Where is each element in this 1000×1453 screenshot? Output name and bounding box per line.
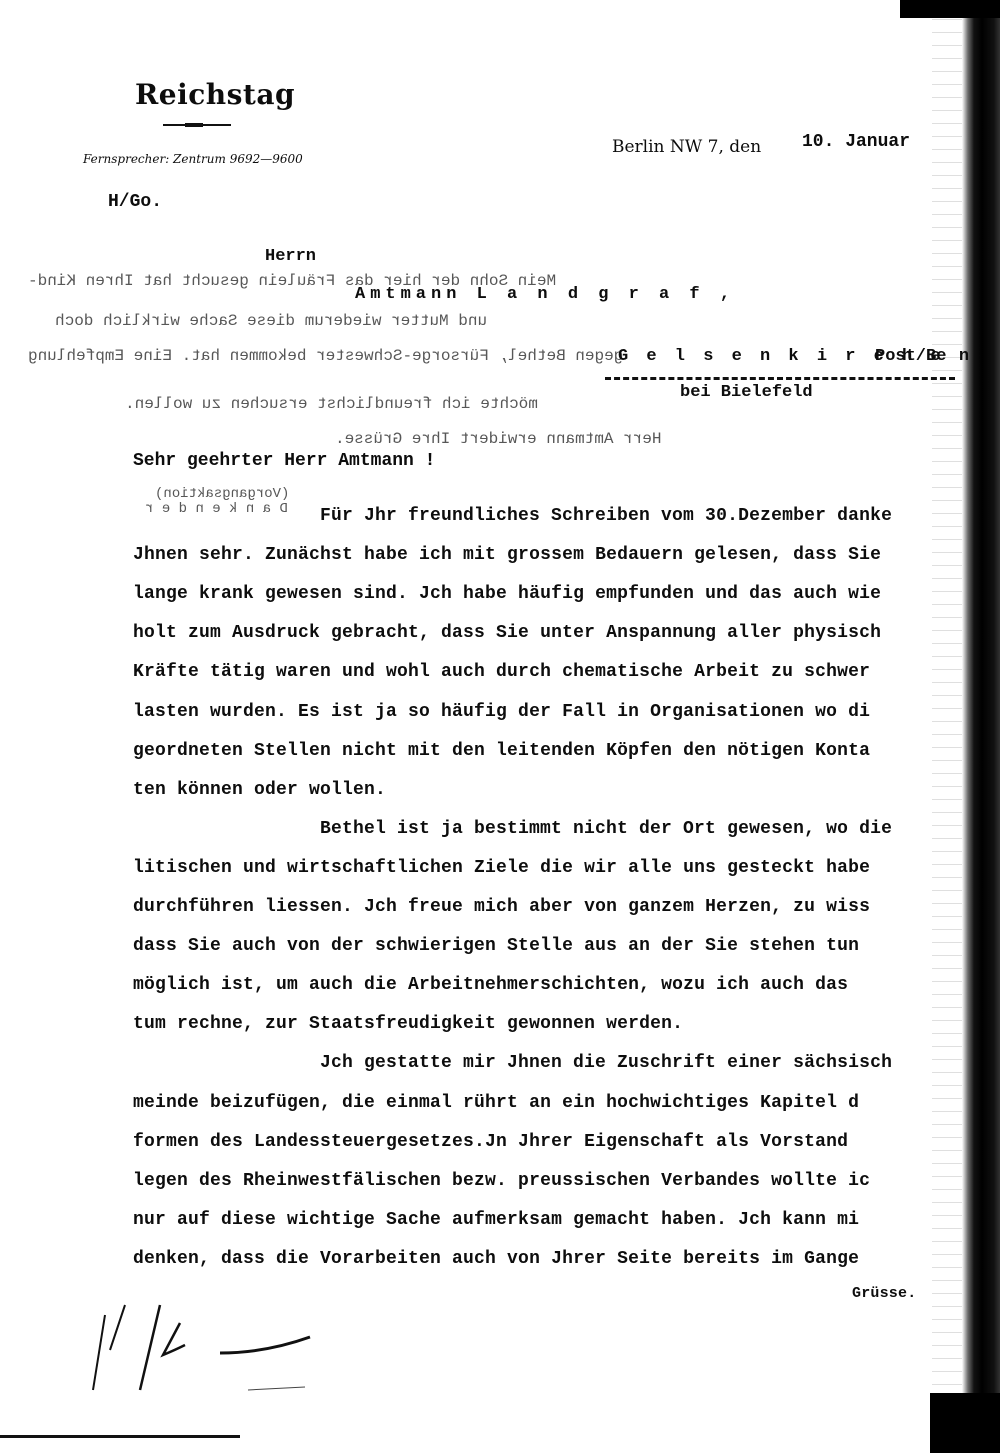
body-line: Jhnen sehr. Zunächst habe ich mit grosse… bbox=[133, 545, 881, 565]
body-line: Für Jhr freundliches Schreiben vom 30.De… bbox=[320, 506, 892, 526]
body-line: legen des Rheinwestfälischen bezw. preus… bbox=[133, 1171, 870, 1191]
letterhead-phone: Fernsprecher: Zentrum 9692—9600 bbox=[83, 152, 303, 166]
body-line: formen des Landessteuergesetzes.Jn Jhrer… bbox=[133, 1132, 848, 1152]
body-line: lasten wurden. Es ist ja so häufig der F… bbox=[133, 702, 870, 722]
body-line: möglich ist, um auch die Arbeitnehmersch… bbox=[133, 975, 848, 995]
letterhead-title: Reichstag bbox=[135, 78, 295, 111]
letterhead-ornament-rule bbox=[163, 124, 231, 126]
body-line: meinde beizufügen, die einmal rührt an e… bbox=[133, 1093, 859, 1113]
body-line: tum rechne, zur Staatsfreudigkeit gewonn… bbox=[133, 1014, 683, 1034]
letter-page: Reichstag Fernsprecher: Zentrum 9692—960… bbox=[0, 0, 1000, 1453]
scan-noise bbox=[932, 0, 962, 1453]
bleed-through-line: (Vorgangsaktion) bbox=[155, 486, 289, 502]
recipient-name: Amtmann L a n d g r a f , bbox=[355, 285, 735, 304]
bleed-through-line: und Mutter wiederum diese Sache wirklich… bbox=[55, 312, 487, 330]
body-line: denken, dass die Vorarbeiten auch von Jh… bbox=[133, 1249, 859, 1269]
binding-shadow bbox=[962, 0, 1000, 1453]
body-line: nur auf diese wichtige Sache aufmerksam … bbox=[133, 1210, 859, 1230]
signature-icon bbox=[85, 1295, 325, 1405]
body-line: litischen und wirtschaftlichen Ziele die… bbox=[133, 858, 870, 878]
bottom-edge-rule bbox=[0, 1435, 240, 1438]
body-line: lange krank gewesen sind. Jch habe häufi… bbox=[133, 584, 881, 604]
recipient-post-note: Post/Be bbox=[875, 347, 946, 366]
body-line: holt zum Ausdruck gebracht, dass Sie unt… bbox=[133, 623, 881, 643]
body-line: durchführen liessen. Jch freue mich aber… bbox=[133, 897, 870, 917]
body-line: Jch gestatte mir Jhnen die Zuschrift ein… bbox=[320, 1053, 892, 1073]
bleed-through-line: Herr Amtmann erwidert Ihre Grüsse. bbox=[335, 430, 661, 448]
recipient-salutation: Herrn bbox=[265, 247, 316, 266]
bleed-through-line: möchte ich freundlichst ersuchen zu woll… bbox=[125, 395, 538, 413]
address-underline bbox=[605, 377, 955, 380]
place-line: Berlin NW 7, den bbox=[612, 137, 761, 157]
body-line: geordneten Stellen nicht mit den leitend… bbox=[133, 741, 870, 761]
margin-note: Grüsse. bbox=[852, 1285, 916, 1302]
bleed-through-line: gegen Bethel, Fürsorge-Schwester bekomme… bbox=[28, 347, 623, 365]
date: 10. Januar bbox=[802, 132, 910, 152]
reference-code: H/Go. bbox=[108, 192, 162, 212]
recipient-city-2: bei Bielefeld bbox=[680, 383, 813, 402]
body-line: Bethel ist ja bestimmt nicht der Ort gew… bbox=[320, 819, 892, 839]
body-line: Kräfte tätig waren und wohl auch durch c… bbox=[133, 662, 870, 682]
body-line: dass Sie auch von der schwierigen Stelle… bbox=[133, 936, 859, 956]
bleed-through-line: D a n k e n d e r bbox=[145, 501, 288, 517]
letter-salutation: Sehr geehrter Herr Amtmann ! bbox=[133, 451, 435, 471]
body-line: ten können oder wollen. bbox=[133, 780, 386, 800]
